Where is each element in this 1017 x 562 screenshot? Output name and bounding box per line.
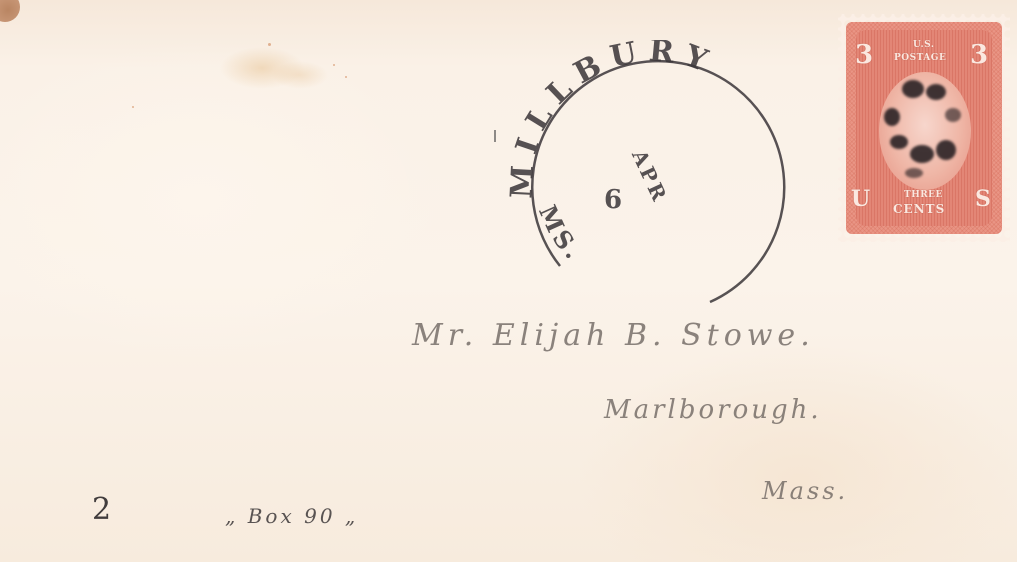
pencil-note-number: 2 (92, 492, 114, 527)
stamp-postage-label: POSTAGE (894, 53, 946, 63)
stamp-numeral-right: 3 (970, 40, 988, 70)
stamp-numeral-left: 3 (855, 40, 873, 70)
stamp-cents-label: CENTS (893, 202, 945, 216)
stamp-three-label: THREE (904, 190, 943, 200)
box-number-note: „ Box 90 „ (225, 504, 358, 528)
stamp-letter-s: S (975, 186, 991, 212)
stamp-portrait-oval (879, 72, 971, 190)
stamp-us-label: U.S. (913, 40, 934, 50)
postmark-month: APR (627, 145, 673, 207)
foxing-spot (345, 76, 347, 78)
addressee-name: Mr. Elijah B. Stowe. (412, 318, 815, 353)
foxing-spot (333, 64, 335, 66)
address-state: Mass. (762, 477, 848, 505)
foxing-spot (132, 106, 134, 108)
corner-stain (0, 0, 20, 22)
stray-mark (494, 130, 496, 142)
circular-postmark: MILLBURY MS. APR 6 (500, 40, 800, 330)
postmark-town: MILLBURY (504, 40, 721, 199)
postmark-day: 6 (604, 185, 622, 215)
foxing-spot (268, 43, 271, 46)
envelope: 3 3 U.S. POSTAGE U S THREE CENTS MILLBUR… (0, 0, 1017, 562)
address-city: Marlborough. (604, 395, 822, 425)
stamp-letter-u: U (851, 186, 870, 212)
